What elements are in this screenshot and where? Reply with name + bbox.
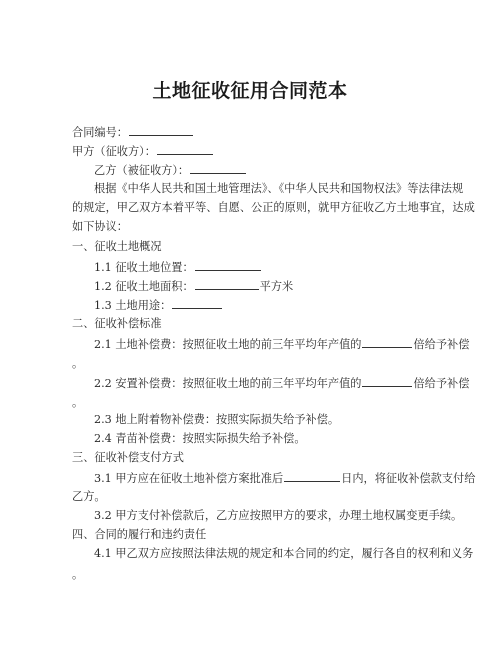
clause-2-2-text: 2.2 安置补偿费：按照征收土地的前三年平均年产值的 (94, 377, 361, 390)
party-a-blank[interactable] (157, 143, 213, 155)
contract-number-label: 合同编号： (72, 126, 128, 139)
land-use-blank[interactable] (172, 297, 222, 309)
clause-4-1-continuation: 。 (72, 568, 83, 582)
land-location-blank[interactable] (195, 259, 261, 271)
contract-number-field: 合同编号： (72, 124, 194, 140)
payment-days-blank[interactable] (284, 470, 340, 482)
section-2-heading: 二、征收补偿标准 (72, 317, 162, 331)
clause-2-4: 2.4 青苗补偿费：按照实际损失给予补偿。 (94, 432, 306, 446)
clause-1-2: 1.2 征收土地面积：平方米 (94, 278, 293, 294)
document-page: 土地征收征用合同范本 合同编号： 甲方（征收方）： 乙方（被征收方）： 根据《中… (0, 0, 500, 647)
clause-1-3: 1.3 土地用途： (94, 297, 223, 313)
clause-2-2-continuation: 。 (72, 396, 83, 410)
clause-3-1: 3.1 甲方应在征收土地补偿方案批准后日内，将征收补偿款支付给 (94, 470, 475, 486)
party-b-label: 乙方（被征收方）： (94, 164, 189, 177)
clause-2-2-suffix: 倍给予补偿 (413, 377, 469, 390)
resettlement-multiplier-blank[interactable] (362, 375, 412, 387)
contract-number-blank[interactable] (129, 124, 193, 136)
land-area-blank[interactable] (195, 278, 259, 290)
preamble-line-3: 如下协议： (72, 220, 128, 234)
land-compensation-multiplier-blank[interactable] (362, 336, 412, 348)
clause-3-1-continuation: 乙方。 (72, 490, 106, 504)
clause-1-1: 1.1 征收土地位置： (94, 259, 262, 275)
preamble-line-2: 的规定，甲乙双方本着平等、自愿、公正的原则，就甲方征收乙方土地事宜，达成 (72, 201, 475, 215)
clause-2-2: 2.2 安置补偿费：按照征收土地的前三年平均年产值的倍给予补偿 (94, 375, 469, 391)
preamble-line-1: 根据《中华人民共和国土地管理法》、《中华人民共和国物权法》等法律法规 (94, 182, 463, 196)
section-1-heading: 一、征收土地概况 (72, 240, 162, 254)
clause-3-2: 3.2 甲方支付补偿款后，乙方应按照甲方的要求，办理土地权属变更手续。 (94, 509, 462, 523)
clause-2-1: 2.1 土地补偿费：按照征收土地的前三年平均年产值的倍给予补偿 (94, 336, 469, 352)
clause-3-1-text: 3.1 甲方应在征收土地补偿方案批准后 (94, 472, 283, 485)
clause-1-3-text: 1.3 土地用途： (94, 299, 171, 312)
document-title: 土地征收征用合同范本 (0, 76, 500, 103)
section-3-heading: 三、征收补偿支付方式 (72, 451, 184, 465)
clause-2-3: 2.3 地上附着物补偿费：按照实际损失给予补偿。 (94, 413, 339, 427)
clause-1-2-text: 1.2 征收土地面积： (94, 280, 194, 293)
party-a-label: 甲方（征收方）： (72, 145, 156, 158)
clause-1-1-text: 1.1 征收土地位置： (94, 261, 194, 274)
clause-4-1: 4.1 甲乙双方应按照法律法规的规定和本合同的约定，履行各自的权利和义务 (94, 547, 473, 561)
clause-2-1-text: 2.1 土地补偿费：按照征收土地的前三年平均年产值的 (94, 338, 361, 351)
party-b-blank[interactable] (190, 162, 246, 174)
section-4-heading: 四、合同的履行和违约责任 (72, 528, 206, 542)
clause-2-1-continuation: 。 (72, 357, 83, 371)
party-a-field: 甲方（征收方）： (72, 143, 214, 159)
clause-1-2-unit: 平方米 (260, 280, 294, 293)
party-b-field: 乙方（被征收方）： (94, 162, 247, 178)
clause-2-1-suffix: 倍给予补偿 (413, 338, 469, 351)
clause-3-1-suffix: 日内，将征收补偿款支付给 (341, 472, 475, 485)
